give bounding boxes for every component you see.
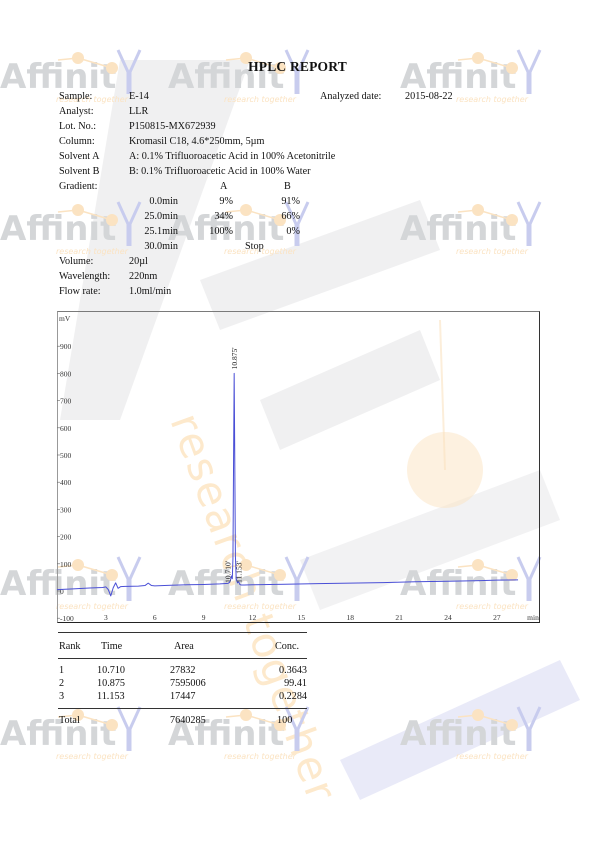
cell-area: 7595006 <box>170 678 206 689</box>
total-label: Total <box>59 715 80 726</box>
header-area: Area <box>174 641 194 652</box>
chromatogram-chart: mV-1000100200300400500600700800900369121… <box>0 0 595 841</box>
cell-rank: 2 <box>59 678 64 689</box>
header-time: Time <box>101 641 122 652</box>
cell-conc: 0.2284 <box>279 691 307 702</box>
header-conc: Conc. <box>275 641 299 652</box>
x-tick-label: 12 <box>249 613 257 622</box>
x-tick-label: 6 <box>153 613 157 622</box>
cell-conc: 99.41 <box>284 678 307 689</box>
cell-time: 10.710 <box>97 665 125 676</box>
x-tick-label: 27 <box>493 613 501 622</box>
y-tick-label: 900 <box>60 342 72 351</box>
y-tick-label: 400 <box>60 478 72 487</box>
total-area: 7640285 <box>170 715 206 726</box>
peak-label: 11.153' <box>235 560 244 582</box>
y-axis-label: mV <box>59 314 71 323</box>
cell-time: 11.153 <box>97 691 125 702</box>
cell-time: 10.875 <box>97 678 125 689</box>
y-tick-label: 500 <box>60 451 72 460</box>
header-rank: Rank <box>59 641 81 652</box>
cell-conc: 0.3643 <box>279 665 307 676</box>
y-tick-label: 700 <box>60 397 72 406</box>
y-tick-label: 100 <box>60 560 72 569</box>
x-tick-label: 18 <box>347 613 355 622</box>
y-tick-label: 800 <box>60 369 72 378</box>
cell-area: 17447 <box>170 691 195 702</box>
x-tick-label: 24 <box>444 613 452 622</box>
peak-label: 10.710' <box>223 560 232 583</box>
y-tick-label: 300 <box>60 505 72 514</box>
x-tick-label: 3 <box>104 613 108 622</box>
x-tick-label: 21 <box>395 613 403 622</box>
chromatogram-trace <box>57 373 518 596</box>
x-tick-label: 15 <box>298 613 306 622</box>
x-tick-label: 9 <box>202 613 206 622</box>
y-tick-label: 0 <box>60 587 64 596</box>
y-tick-label: -100 <box>60 614 74 623</box>
peak-label: 10.875' <box>230 347 239 370</box>
hplc-report-page: HPLC REPORT Sample:E-14Analyst:LLRLot. N… <box>0 0 595 841</box>
table-rule-bottom <box>58 708 307 709</box>
cell-area: 27832 <box>170 665 195 676</box>
cell-rank: 1 <box>59 665 64 676</box>
x-axis-label: min <box>527 613 539 622</box>
total-conc: 100 <box>277 715 292 726</box>
table-rule-header <box>58 658 307 659</box>
cell-rank: 3 <box>59 691 64 702</box>
y-tick-label: 600 <box>60 424 72 433</box>
table-rule-top <box>58 632 307 633</box>
y-tick-label: 200 <box>60 533 72 542</box>
